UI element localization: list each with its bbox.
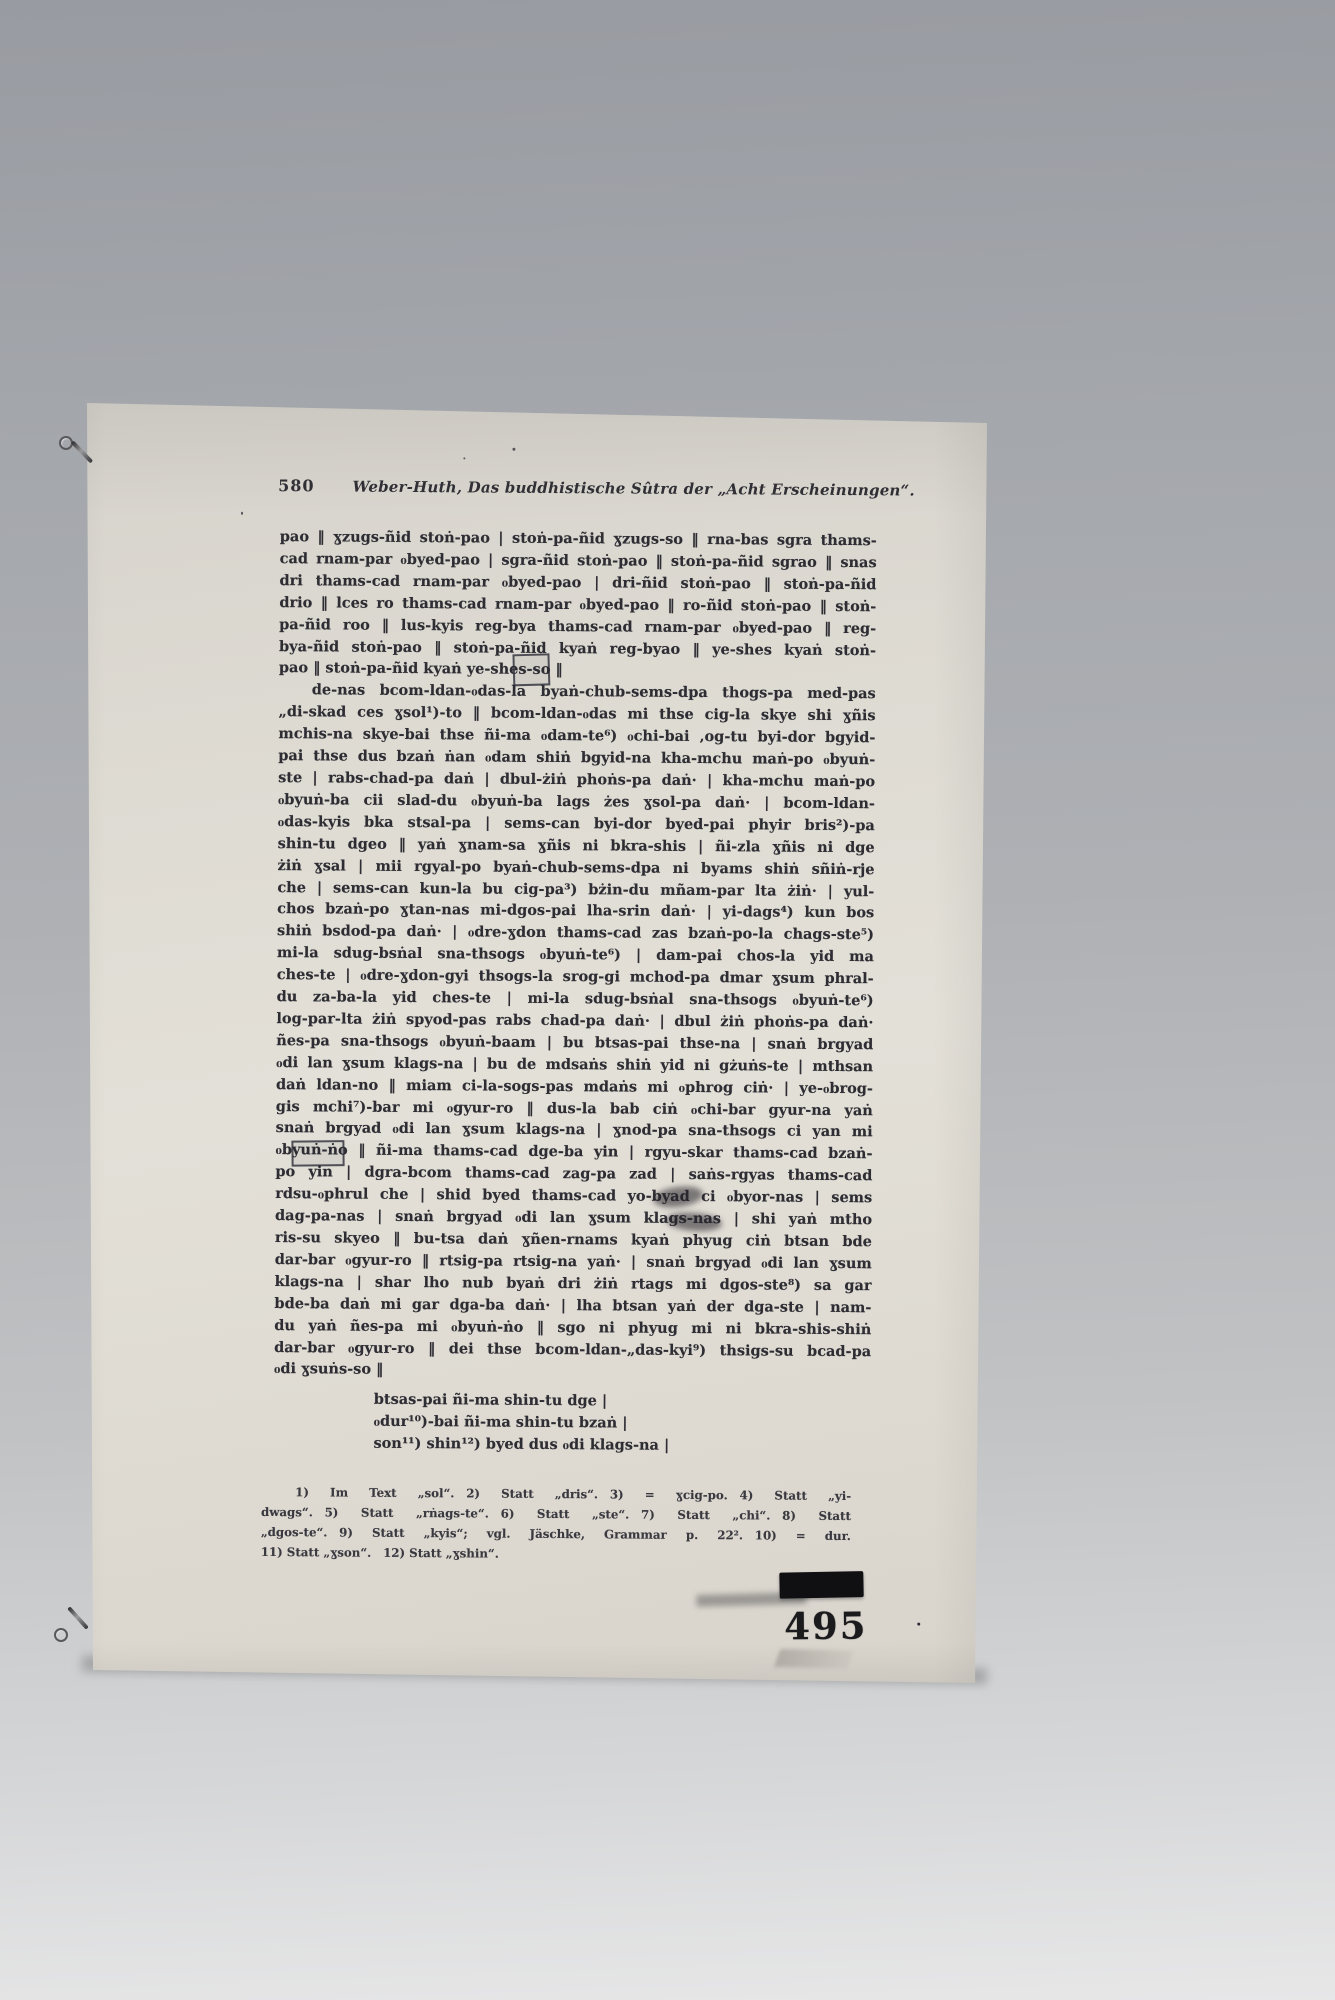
photo-of-scanned-page: { "header": { "page_number": "580", "run…: [0, 0, 1335, 2000]
text-line: ₀di ɣsuṅs-so ‖: [274, 1358, 871, 1384]
paragraph-1: pao ‖ ɣzugs-ñid stoṅ-pao | stoṅ-pa-ñid ɣ…: [279, 526, 877, 684]
scanned-page: 580 Weber-Huth, Das buddhistische Sûtra …: [59, 400, 999, 1695]
footnote-line: 11) Statt „ɣson“. 12) Statt „ɣshin“.: [261, 1542, 851, 1566]
staple-wire: [67, 1606, 89, 1629]
paper-speck: [917, 1623, 920, 1626]
staple-wire-loop: [54, 1628, 68, 1642]
page-content: 580 Weber-Huth, Das buddhistische Sûtra …: [51, 399, 1000, 1701]
running-title: Weber-Huth, Das buddhistische Sûtra der …: [353, 478, 915, 500]
verse-line: son¹¹) shin¹²) byed dus ₀di klags-na |: [373, 1433, 669, 1457]
verse-block: btsas-pai ñi-ma shin-tu dge |₀dur¹⁰)-bai…: [373, 1389, 669, 1457]
paper-speck: [463, 457, 465, 459]
stamp-smudge: [774, 1649, 854, 1669]
staple-wire: [71, 441, 93, 464]
handdrawn-box-annotation-2: [291, 1140, 344, 1167]
paragraph-2: de-nas bcom-ldan-₀das-la byaṅ-chub-sems-…: [274, 679, 876, 1384]
body-text: pao ‖ ɣzugs-ñid stoṅ-pao | stoṅ-pa-ñid ɣ…: [274, 526, 877, 1384]
staple-top: [56, 430, 102, 476]
page-number-stamp: 495: [784, 1603, 868, 1648]
verse-line: ₀dur¹⁰)-bai ñi-ma shin-tu bzaṅ |: [374, 1411, 670, 1435]
handdrawn-box-annotation-1: [512, 653, 550, 686]
paper-speck: [241, 512, 243, 515]
footnotes-block: 1) Im Text „sol“. 2) Statt „dris“. 3) = …: [261, 1482, 852, 1566]
verse-line: btsas-pai ñi-ma shin-tu dge |: [374, 1389, 670, 1413]
redaction-bar: [779, 1571, 863, 1599]
staple-bottom: [50, 1598, 96, 1644]
page-number: 580: [278, 476, 315, 495]
page-header: 580 Weber-Huth, Das buddhistische Sûtra …: [278, 476, 918, 499]
paper-speck: [512, 448, 515, 451]
